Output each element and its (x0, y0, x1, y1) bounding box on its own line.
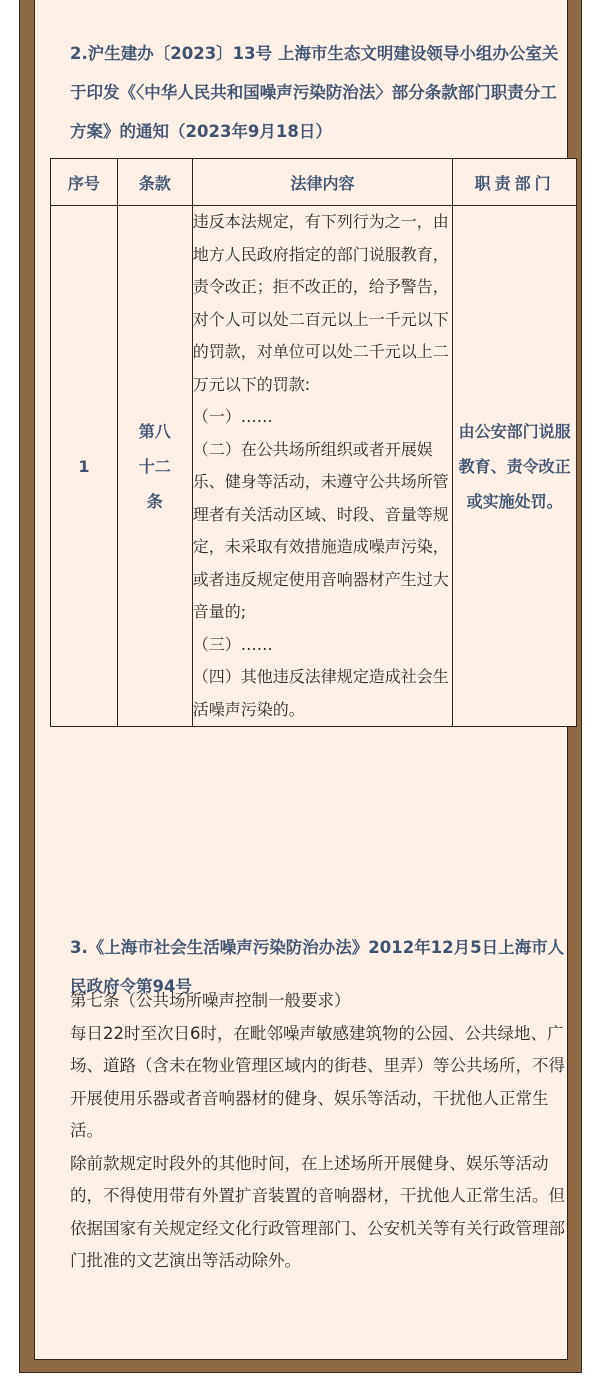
body-paragraph: 除前款规定时段外的其他时间，在上述场所开展健身、娱乐等活动的，不得使用带有外置扩… (70, 1148, 570, 1278)
article-line: 条 (118, 484, 192, 519)
header-article: 条款 (117, 159, 192, 206)
header-department: 职责部门 (453, 159, 577, 206)
table-row: 1 第八 十二 条 违反本法规定，有下列行为之一，由地方人民政府指定的部门说服教… (51, 206, 577, 727)
section3-body: 第七条（公共场所噪声控制一般要求） 每日22时至次日6时，在毗邻噪声敏感建筑物的… (70, 985, 570, 1278)
table-header-row: 序号 条款 法律内容 职责部门 (51, 159, 577, 206)
content-paragraph: （三）…… (193, 629, 453, 662)
body-paragraph: 每日22时至次日6时，在毗邻噪声敏感建筑物的公园、公共绿地、广场、道路（含未在物… (70, 1018, 570, 1148)
row-number: 1 (51, 206, 118, 727)
row-content: 违反本法规定，有下列行为之一，由地方人民政府指定的部门说服教育，责令改正；拒不改… (192, 206, 453, 727)
row-department: 由公安部门说服教育、责令改正或实施处罚。 (453, 206, 577, 727)
row-article: 第八 十二 条 (117, 206, 192, 727)
header-content: 法律内容 (192, 159, 453, 206)
content-paragraph: 违反本法规定，有下列行为之一，由地方人民政府指定的部门说服教育，责令改正；拒不改… (193, 206, 453, 401)
article-line: 第八 (118, 414, 192, 449)
header-number: 序号 (51, 159, 118, 206)
duty-table: 序号 条款 法律内容 职责部门 1 第八 十二 条 违反本法规定，有下列行为之一… (50, 158, 577, 727)
article-heading: 第七条（公共场所噪声控制一般要求） (70, 985, 570, 1018)
section2-title: 2.沪生建办〔2023〕13号 上海市生态文明建设领导小组办公室关于印发《〈中华… (70, 34, 570, 151)
content-paragraph: （一）…… (193, 401, 453, 434)
content-paragraph: （四）其他违反法律规定造成社会生活噪声污染的。 (193, 661, 453, 726)
article-line: 十二 (118, 449, 192, 484)
content-paragraph: （二）在公共场所组织或者开展娱乐、健身等活动，未遵守公共场所管理者有关活动区域、… (193, 434, 453, 629)
